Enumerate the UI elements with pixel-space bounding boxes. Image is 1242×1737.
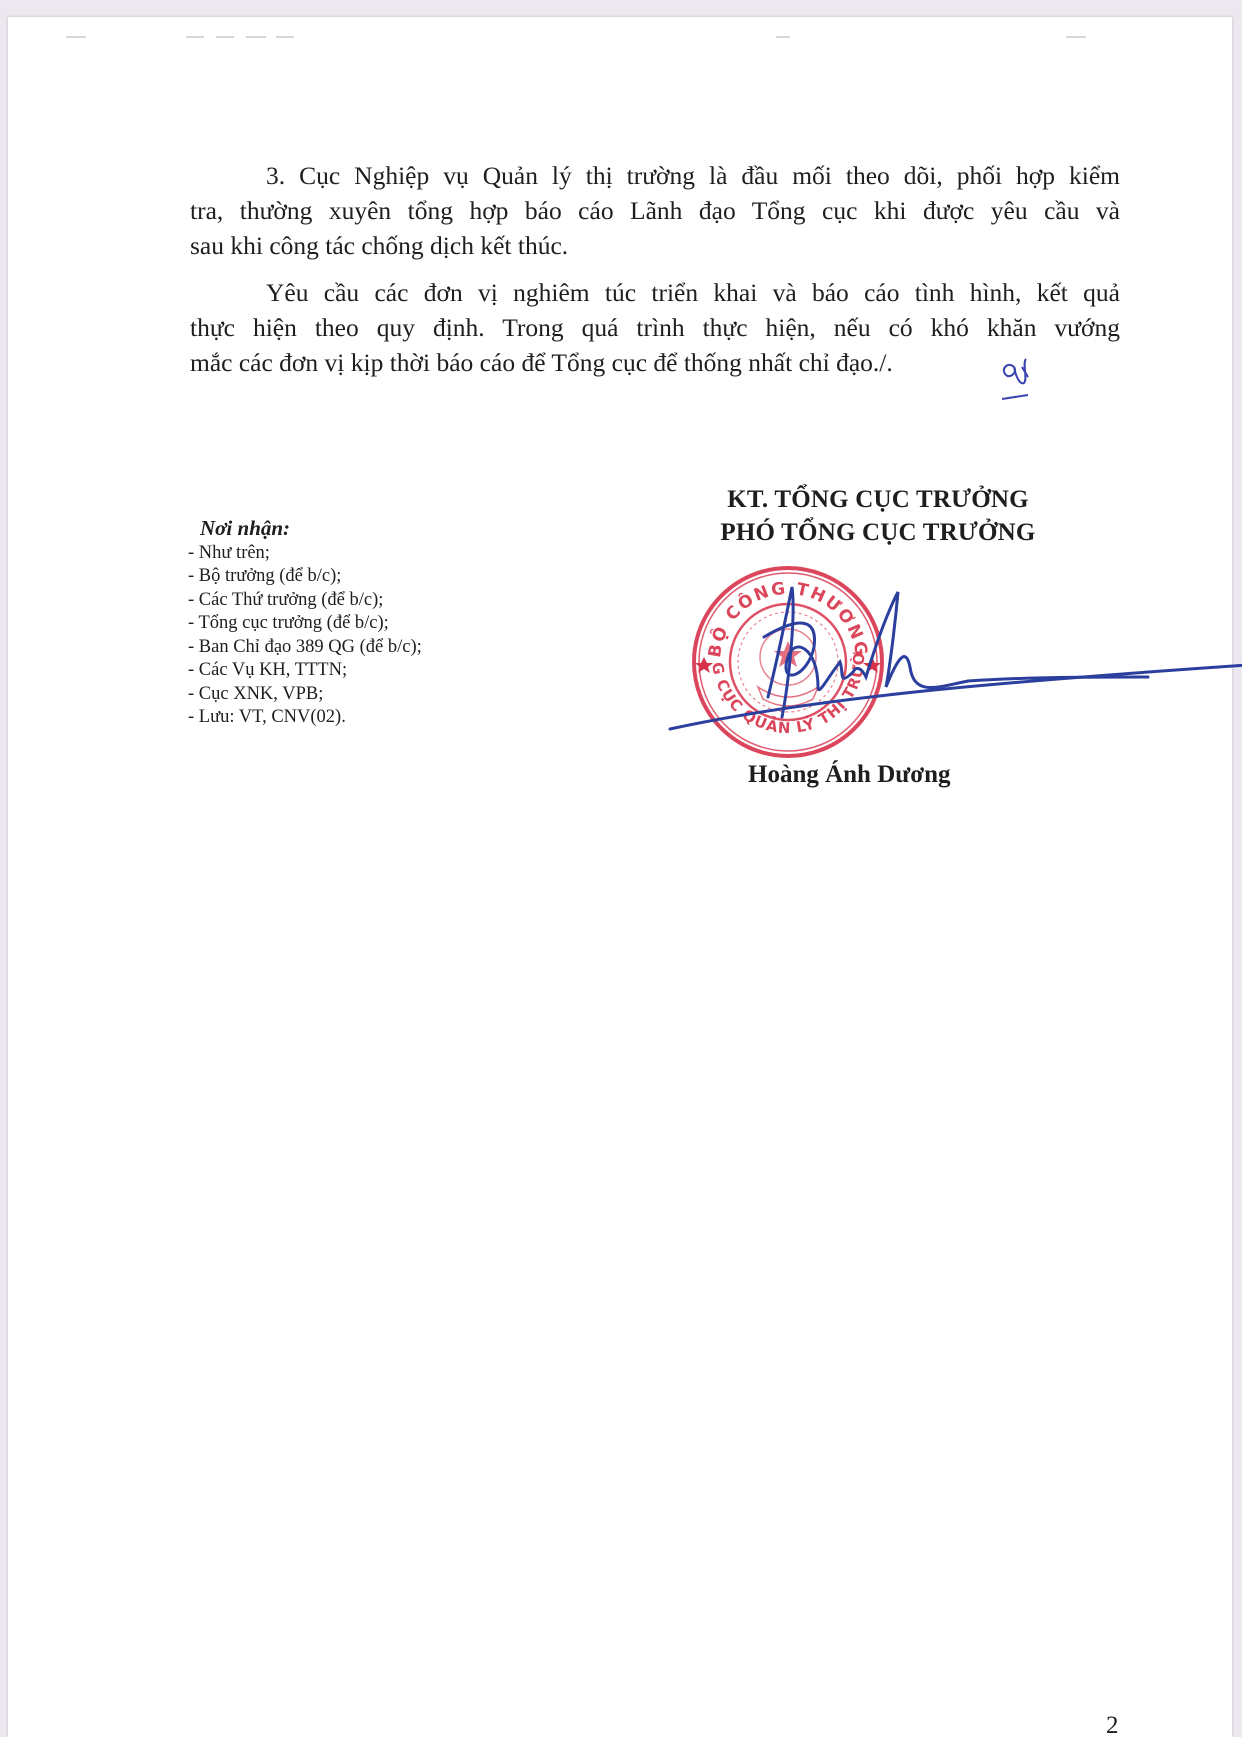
signature-title: KT. TỔNG CỤC TRƯỞNG PHÓ TỔNG CỤC TRƯỞNG xyxy=(678,483,1078,549)
document-page: 3. Cục Nghiệp vụ Quản lý thị trường là đ… xyxy=(8,17,1232,1737)
page-number: 2 xyxy=(1106,1712,1119,1737)
paragraph-item-3: 3. Cục Nghiệp vụ Quản lý thị trường là đ… xyxy=(190,158,1120,263)
paragraph-line: Yêu cầu các đơn vị nghiêm túc triển khai… xyxy=(190,275,1120,310)
initials-paraph-icon xyxy=(998,355,1038,405)
paragraph-request: Yêu cầu các đơn vị nghiêm túc triển khai… xyxy=(190,275,1120,380)
signature-title-line2: PHÓ TỔNG CỤC TRƯỞNG xyxy=(678,516,1078,549)
recipient-item: - Bộ trưởng (để b/c); xyxy=(188,565,422,589)
recipient-item: - Cục XNK, VPB; xyxy=(188,683,422,707)
recipient-item: - Như trên; xyxy=(188,542,422,566)
recipient-item: - Các Thứ trưởng (để b/c); xyxy=(188,589,422,613)
recipient-item: - Lưu: VT, CNV(02). xyxy=(188,706,422,730)
paragraph-line: sau khi công tác chống dịch kết thúc. xyxy=(190,228,1120,263)
header-scan-marks xyxy=(56,36,1156,39)
paragraph-line: mắc các đơn vị kịp thời báo cáo để Tổng … xyxy=(190,345,1120,380)
recipients-list: Nơi nhận: - Như trên; - Bộ trưởng (để b/… xyxy=(188,517,422,730)
recipient-item: - Tổng cục trưởng (để b/c); xyxy=(188,612,422,636)
paragraph-line: 3. Cục Nghiệp vụ Quản lý thị trường là đ… xyxy=(190,158,1120,193)
recipient-item: - Ban Chỉ đạo 389 QG (để b/c); xyxy=(188,636,422,660)
signature-title-line1: KT. TỔNG CỤC TRƯỞNG xyxy=(678,483,1078,516)
recipients-heading: Nơi nhận: xyxy=(188,517,422,541)
handwritten-signature-icon xyxy=(668,577,1242,777)
paragraph-line: tra, thường xuyên tổng hợp báo cáo Lãnh … xyxy=(190,193,1120,228)
signer-name: Hoàng Ánh Dương xyxy=(748,761,951,789)
recipient-item: - Các Vụ KH, TTTN; xyxy=(188,659,422,683)
paragraph-line: thực hiện theo quy định. Trong quá trình… xyxy=(190,310,1120,345)
